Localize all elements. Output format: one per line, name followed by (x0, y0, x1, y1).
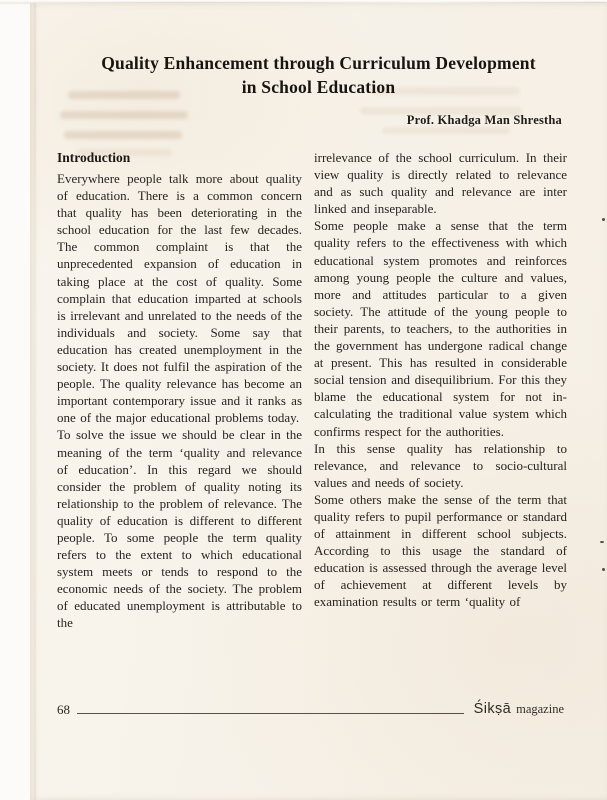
bleed-mark (382, 127, 510, 134)
article-page: Quality Enhancement through Curriculum D… (30, 3, 607, 800)
page-fold-line (34, 3, 36, 800)
paragraph: To solve the issue we should be clear in… (57, 426, 302, 631)
article-title-line2: in School Education (50, 75, 587, 99)
scan-speck (602, 218, 605, 221)
scan-speck (602, 568, 605, 571)
footer-rule (77, 713, 464, 714)
paragraph: Everywhere people talk more about qualit… (57, 170, 302, 426)
bleed-mark (64, 131, 182, 139)
article-title: Quality Enhancement through Curriculum D… (50, 51, 587, 99)
paragraph: In this sense quality has relationship t… (314, 440, 567, 491)
page-number: 68 (57, 702, 70, 717)
right-column-paragraphs: irrelevance of the school curriculum. In… (314, 149, 567, 611)
left-column-paragraphs: Everywhere people talk more about qualit… (57, 170, 302, 632)
magazine-name: Śikṣā (474, 702, 511, 717)
page-footer: 68 Śikṣā magazine (57, 702, 564, 717)
paragraph: Some people make a sense that the term q… (314, 217, 567, 439)
scanned-page: Quality Enhancement through Curriculum D… (0, 0, 607, 800)
section-heading-introduction: Introduction (57, 149, 302, 167)
article-body: Introduction Everywhere people talk more… (57, 149, 595, 701)
author-byline: Prof. Khadga Man Shrestha (407, 113, 562, 128)
bleed-mark (60, 111, 188, 119)
article-title-line1: Quality Enhancement through Curriculum D… (50, 51, 587, 75)
right-column: irrelevance of the school curriculum. In… (314, 149, 567, 701)
paragraph: Some others make the sense of the term t… (314, 491, 567, 611)
left-column: Introduction Everywhere people talk more… (57, 149, 302, 701)
paragraph: irrelevance of the school curriculum. In… (314, 149, 567, 217)
scan-speck (600, 541, 604, 543)
magazine-word: magazine (516, 702, 564, 717)
